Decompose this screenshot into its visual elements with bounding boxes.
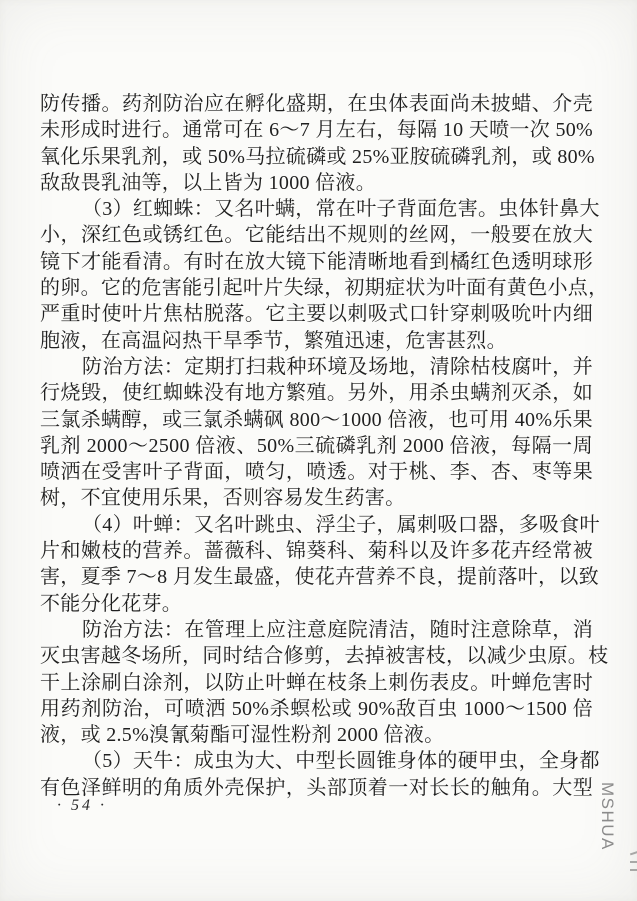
text-line: 的卵。它的危害能引起叶片失绿，初期症状为叶面有黄色小点， [40, 275, 593, 301]
text-line: 灭虫害越冬场所，同时结合修剪，去掉被害枝，以减少虫原。枝 [40, 643, 593, 669]
text-line: 胞液，在高温闷热干旱季节，繁殖迅速，危害甚烈。 [40, 328, 593, 354]
text-line: 氧化乐果乳剂，或 50%马拉硫磷或 25%亚胺硫磷乳剂，或 80% [40, 144, 593, 170]
text-line: 防传播。药剂防治应在孵化盛期，在虫体表面尚未披蜡、介壳 [40, 91, 593, 117]
text-line: 未形成时进行。通常可在 6～7 月左右，每隔 10 天喷一次 50% [40, 117, 593, 143]
book-page: 防传播。药剂防治应在孵化盛期，在虫体表面尚未披蜡、介壳 未形成时进行。通常可在 … [0, 0, 637, 901]
text-line-prevention-methods: 防治方法：定期打扫栽种环境及场地，清除枯枝腐叶，并 [40, 354, 593, 380]
text-line: 乳剂 2000～2500 倍液、50%三硫磷乳剂 2000 倍液，每隔一周 [40, 433, 593, 459]
text-line: 严重时使叶片焦枯脱落。它主要以刺吸式口针穿刺吸吮叶内细 [40, 301, 593, 327]
edge-artifact-dash [630, 869, 637, 871]
text-line: 害，夏季 7～8 月发生最盛，使花卉营养不良，提前落叶，以致 [40, 564, 593, 590]
text-line: 有色泽鲜明的角质外壳保护，头部顶着一对长长的触角。大型 [40, 775, 593, 801]
text-line-section-4-leafhopper: （4）叶蝉：又名叶跳虫、浮尘子，属刺吸口器，多吸食叶 [40, 512, 593, 538]
text-line: 三氯杀螨醇，或三氯杀螨砜 800～1000 倍液，也可用 40%乐果 [40, 407, 593, 433]
text-line: 不能分化花芽。 [40, 591, 593, 617]
text-line: 敌敌畏乳油等，以上皆为 1000 倍液。 [40, 170, 593, 196]
text-line-section-3-red-spider: （3）红蜘蛛：又名叶螨，常在叶子背面危害。虫体针鼻大 [40, 196, 593, 222]
text-line: 液，或 2.5%溴氰菊酯可湿性粉剂 2000 倍液。 [40, 722, 593, 748]
text-line-section-5-longhorn-beetle: （5）天牛：成虫为大、中型长圆锥身体的硬甲虫，全身都 [40, 748, 593, 774]
text-line: 镜下才能看清。有时在放大镜下能清晰地看到橘红色透明球形 [40, 249, 593, 275]
text-line-prevention-methods: 防治方法：在管理上应注意庭院清洁，随时注意除草，消 [40, 617, 593, 643]
page-number: · 54 · [57, 797, 107, 815]
text-line: 喷洒在受害叶子背面，喷匀，喷透。对于桃、李、杏、枣等果 [40, 459, 593, 485]
page-text-block: 防传播。药剂防治应在孵化盛期，在虫体表面尚未披蜡、介壳 未形成时进行。通常可在 … [40, 91, 593, 801]
text-line: 用药剂防治，可喷洒 50%杀螟松或 90%敌百虫 1000～1500 倍 [40, 696, 593, 722]
edge-artifact-dash [630, 851, 637, 856]
text-line: 片和嫩枝的营养。蔷薇科、锦葵科、菊科以及许多花卉经常被 [40, 538, 593, 564]
edge-artifact-dash [630, 861, 637, 863]
text-line: 行烧毁，使红蜘蛛没有地方繁殖。另外，用杀虫螨剂灭杀，如 [40, 380, 593, 406]
text-line: 小，深红色或锈红色。它能结出不规则的丝网，一般要在放大 [40, 222, 593, 248]
text-line: 树，不宜使用乐果，否则容易发生药害。 [40, 485, 593, 511]
watermark-text: MSHUA [597, 782, 617, 892]
text-line: 干上涂刷白涂剂，以防止叶蝉在枝条上刺伤表皮。叶蝉危害时 [40, 670, 593, 696]
